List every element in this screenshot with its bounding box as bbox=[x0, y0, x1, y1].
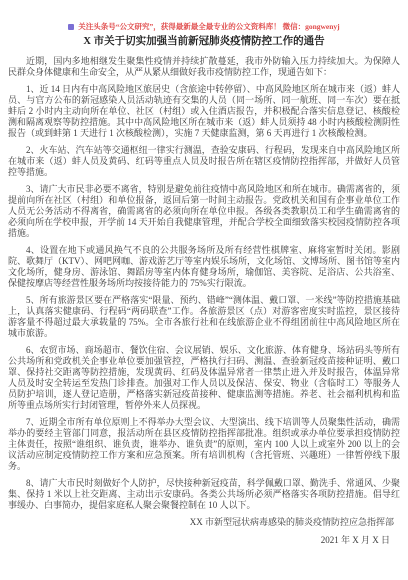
paragraph-5: 5、所有旅游景区要在严格落实“限量、预约、错峰”“测体温、戴口罩、一米线”等防控… bbox=[8, 295, 400, 339]
intro-paragraph: 近期，国内多地相继发生聚集性疫情并持续扩散蔓延，我市外防输入压力持续加大。为保障… bbox=[8, 56, 400, 78]
paragraph-8: 8、请广大市民时刻做好个人防护，尽快接种新冠疫苗，科学佩戴口罩、勤洗手、常通风、… bbox=[8, 478, 400, 511]
paragraph-3: 3、请广大市民非必要不离省，特别是避免前往疫情中高风险地区和所在城市。确需离省的… bbox=[8, 184, 400, 239]
document-title: X 市关于切实加强当前新冠肺炎疫情防控工作的通告 bbox=[8, 35, 400, 48]
watermark-text: 关注头条号“公文研究”，获得最新最全最专业的公文资料库！ bbox=[78, 22, 281, 31]
watermark-wechat-text: 微信：gongwenyj bbox=[283, 22, 340, 31]
paragraph-2: 2、火车站、汽车站等交通枢纽一律实行测温，查验安康码、行程码，发现来自中高风险地… bbox=[8, 145, 400, 178]
paragraph-1: 1、近 14 日内有中高风险地区旅居史（含旅途中转停留）、中高风险地区所在城市来… bbox=[8, 84, 400, 139]
watermark-lead-icon bbox=[68, 24, 74, 30]
signature-line: XX 市新型冠状病毒感染的肺炎疫情防控应急指挥部 bbox=[8, 517, 400, 528]
paragraph-4: 4、设置在地下或通风换气不良的公共服务场所及所有经营性棋牌室、麻将室暂时关闭。影… bbox=[8, 245, 400, 289]
document-page: 关注头条号“公文研究”，获得最新最全最专业的公文资料库！ 微信：gongweny… bbox=[0, 0, 408, 580]
watermark-line: 关注头条号“公文研究”，获得最新最全最专业的公文资料库！ 微信：gongweny… bbox=[8, 22, 400, 31]
paragraph-7: 7、近期全市所有单位原则上不得举办大型会议、大型演出、线下培训等人员聚集性活动，… bbox=[8, 417, 400, 472]
date-line: 2021 年 X 月 X 日 bbox=[8, 535, 400, 546]
paragraph-6: 6、农贸市场、商场超市、餐饮住宿、会议展销、娱乐、文化旅游、体育健身、场站码头等… bbox=[8, 345, 400, 411]
